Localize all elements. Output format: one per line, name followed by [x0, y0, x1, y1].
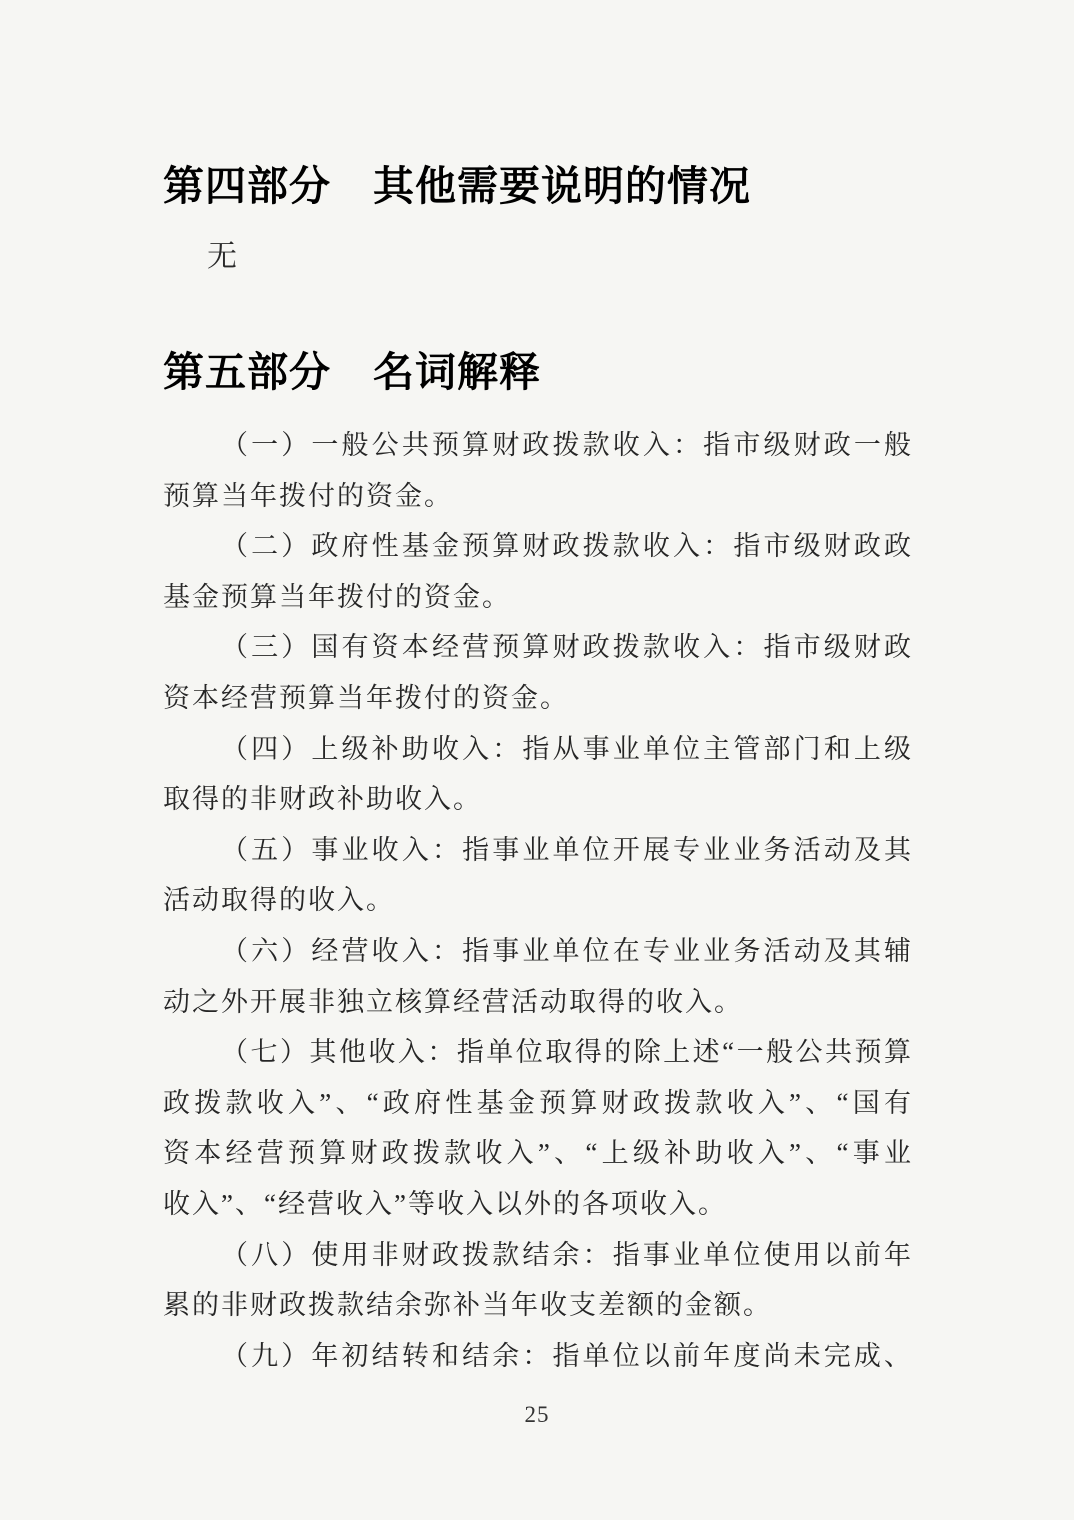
term-line: 政拨款收入”、“政府性基金预算财政拨款收入”、“国有: [163, 1078, 913, 1129]
term-line: （三）国有资本经营预算财政拨款收入：指市级财政国有: [163, 622, 913, 673]
term-paragraph-3: （三）国有资本经营预算财政拨款收入：指市级财政国有 资本经营预算当年拨付的资金。: [163, 622, 913, 723]
term-paragraph-5: （五）事业收入：指事业单位开展专业业务活动及其辅助 活动取得的收入。: [163, 825, 913, 926]
page-number: 25: [0, 1402, 1074, 1428]
term-paragraph-7: （七）其他收入：指单位取得的除上述“一般公共预算财 政拨款收入”、“政府性基金预…: [163, 1027, 913, 1229]
term-line: 资本经营预算当年拨付的资金。: [163, 673, 913, 724]
term-paragraph-2: （二）政府性基金预算财政拨款收入：指市级财政政府性 基金预算当年拨付的资金。: [163, 521, 913, 622]
glossary-terms: （一）一般公共预算财政拨款收入：指市级财政一般公共 预算当年拨付的资金。 （二）…: [163, 420, 913, 1381]
term-line: 基金预算当年拨付的资金。: [163, 572, 913, 623]
term-line: （七）其他收入：指单位取得的除上述“一般公共预算财: [163, 1027, 913, 1078]
term-paragraph-9: （九）年初结转和结余：指单位以前年度尚未完成、结转: [163, 1331, 913, 1382]
term-line: （四）上级补助收入：指从事业单位主管部门和上级单位: [163, 724, 913, 775]
section4-heading: 第四部分 其他需要说明的情况: [163, 163, 913, 210]
term-line: 收入”、“经营收入”等收入以外的各项收入。: [163, 1179, 913, 1230]
section5-heading: 第五部分 名词解释: [163, 349, 913, 396]
term-line: 预算当年拨付的资金。: [163, 471, 913, 522]
document-page: 第四部分 其他需要说明的情况 无 第五部分 名词解释 （一）一般公共预算财政拨款…: [0, 0, 1074, 1520]
term-paragraph-6: （六）经营收入：指事业单位在专业业务活动及其辅助活 动之外开展非独立核算经营活动…: [163, 926, 913, 1027]
term-line: 取得的非财政补助收入。: [163, 774, 913, 825]
term-line: （一）一般公共预算财政拨款收入：指市级财政一般公共: [163, 420, 913, 471]
term-line: （二）政府性基金预算财政拨款收入：指市级财政政府性: [163, 521, 913, 572]
term-line: 活动取得的收入。: [163, 875, 913, 926]
term-paragraph-1: （一）一般公共预算财政拨款收入：指市级财政一般公共 预算当年拨付的资金。: [163, 420, 913, 521]
term-line: （九）年初结转和结余：指单位以前年度尚未完成、结转: [163, 1331, 913, 1382]
term-line: （五）事业收入：指事业单位开展专业业务活动及其辅助: [163, 825, 913, 876]
term-line: 累的非财政拨款结余弥补当年收支差额的金额。: [163, 1280, 913, 1331]
term-paragraph-8: （八）使用非财政拨款结余：指事业单位使用以前年度积 累的非财政拨款结余弥补当年收…: [163, 1230, 913, 1331]
term-line: 资本经营预算财政拨款收入”、“上级补助收入”、“事业: [163, 1128, 913, 1179]
term-line: （六）经营收入：指事业单位在专业业务活动及其辅助活: [163, 926, 913, 977]
term-line: 动之外开展非独立核算经营活动取得的收入。: [163, 977, 913, 1028]
term-line: （八）使用非财政拨款结余：指事业单位使用以前年度积: [163, 1230, 913, 1281]
section4-body-none: 无: [207, 240, 239, 275]
term-paragraph-4: （四）上级补助收入：指从事业单位主管部门和上级单位 取得的非财政补助收入。: [163, 724, 913, 825]
